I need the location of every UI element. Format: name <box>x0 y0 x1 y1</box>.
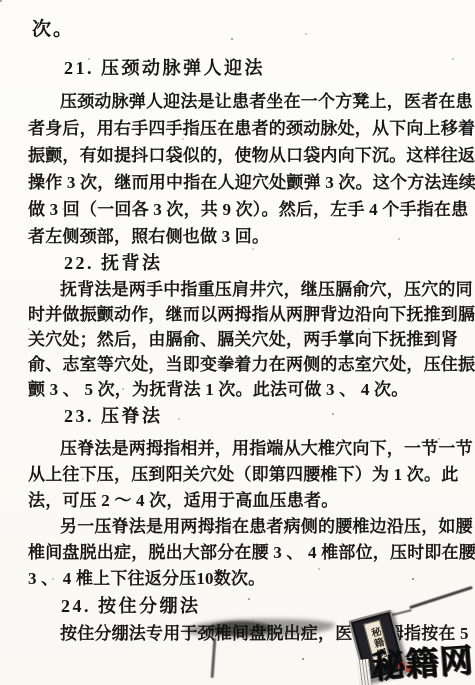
text-line: 时并做振颤动作，继而以两拇指从两胛背边沿向下抚推到膈 <box>28 302 454 327</box>
paragraph: 压颈动脉弹人迎法是让患者坐在一个方凳上，医者在患者身后，用右手四手指压在患者的颈… <box>28 88 454 250</box>
section-24-heading: 24. 按住分绷法 <box>61 592 201 618</box>
section-22-paragraphs: 抚背法是两手中指重压肩井穴，继压膈俞穴，压穴的同时并做振颤动作，继而以两拇指从两… <box>28 277 454 402</box>
scanned-book-page: 次。 21. 压颈动脉弹人迎法 压颈动脉弹人迎法是让患者坐在一个方凳上，医者在患… <box>0 0 475 685</box>
paragraph: 另一压脊法是用两拇指在患者病侧的腰椎边沿压，如腰椎间盘脱出症，脱出大部分在腰 3… <box>28 514 454 592</box>
text-line: 法，可压 2 ～ 4 次，适用于高血压患者。 <box>28 488 454 514</box>
text-line: 压颈动脉弹人迎法是让患者坐在一个方凳上，医者在患 <box>28 88 454 115</box>
section-23-paragraphs: 压脊法是两拇指相并，用指端从大椎穴向下，一节一节从上往下压，压到阳关穴处（即第四… <box>28 436 454 592</box>
text-line: 操作 3 次，继而用中指在人迎穴处颤弹 3 次。这个方法连续 <box>28 169 454 196</box>
section-21-paragraphs: 压颈动脉弹人迎法是让患者坐在一个方凳上，医者在患者身后，用右手四手指压在患者的颈… <box>28 88 454 250</box>
text-line: 压脊法是两拇指相并，用指端从大椎穴向下，一节一节 <box>28 436 454 462</box>
paragraph: 压脊法是两拇指相并，用指端从大椎穴向下，一节一节从上往下压，压到阳关穴处（即第四… <box>28 436 454 514</box>
text-line: 者身后，用右手四手指压在患者的颈动脉处，从下向上移着 <box>28 115 454 142</box>
watermark-site-name: 秘籍网 <box>370 634 475 685</box>
text-line: 另一压脊法是用两拇指在患者病侧的腰椎边沿压，如腰 <box>28 514 454 540</box>
text-line: 振颤，有如提抖口袋似的，使物从口袋内向下沉。这样往返 <box>28 142 454 169</box>
section-23-heading: 23. 压脊法 <box>64 402 163 428</box>
paragraph: 抚背法是两手中指重压肩井穴，继压膈俞穴，压穴的同时并做振颤动作，继而以两拇指从两… <box>28 277 454 402</box>
text-line: 椎间盘脱出症，脱出大部分在腰 3 、 4 椎部位，压时即在腰 <box>28 540 454 566</box>
text-line: 关穴处；然后，由膈俞、膈关穴处，两手掌向下抚推到肾 <box>28 327 454 352</box>
watermark-stamp: 秘籍网 秘籍网 <box>350 608 475 685</box>
text-line: 颤 3 、 5 次，为抚背法 1 次。此法可做 3 、 4 次。 <box>28 377 454 402</box>
continuation-text: 次。 <box>32 14 74 41</box>
text-line: 做 3 回（一回各 3 次，共 9 次）。然后，左手 4 个手指在患 <box>28 196 454 223</box>
ink-smudge <box>208 621 272 636</box>
text-line: 抚背法是两手中指重压肩井穴，继压膈俞穴，压穴的同 <box>28 277 454 302</box>
text-line: 3 、 4 椎上下往返分压10数次。 <box>28 566 454 592</box>
scan-speckles <box>0 0 2 2</box>
text-line: 者左侧颈部，照右侧也做 3 回。 <box>28 223 454 250</box>
section-21-heading: 21. 压颈动脉弹人迎法 <box>64 54 265 80</box>
section-22-heading: 22. 抚背法 <box>64 249 163 275</box>
text-line: 俞、志室等穴处，当即变拳着力在两侧的志室穴处，压住振 <box>28 352 454 377</box>
text-line: 从上往下压，压到阳关穴处（即第四腰椎下）为 1 次。此 <box>28 462 454 488</box>
